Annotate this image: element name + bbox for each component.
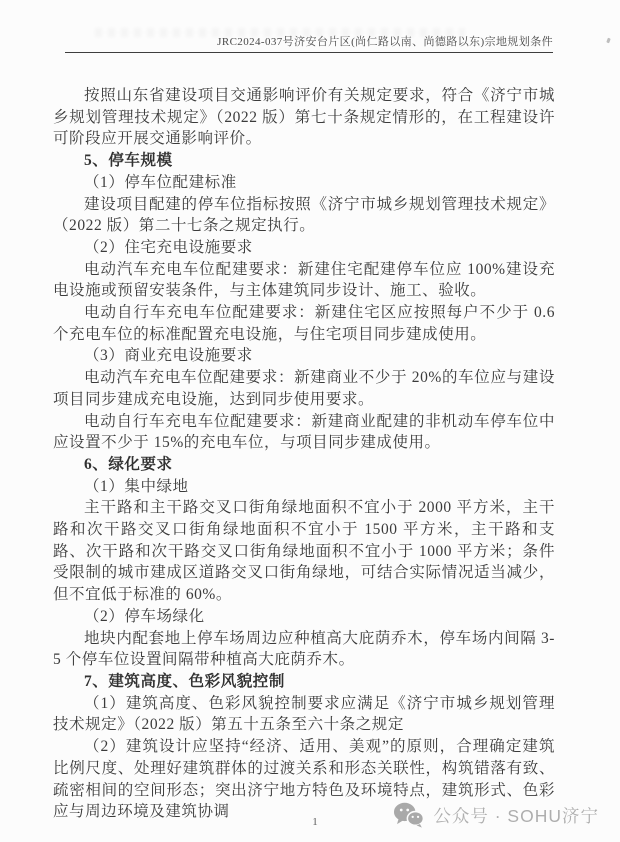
- sub-item: （1）集中绿地: [53, 476, 555, 498]
- watermark-text: 公众号 · SOHU济宁: [433, 803, 599, 828]
- paragraph: 电动自行车充电车位配建要求：新建商业配建的非机动车停车位中应设置不少于 15%的…: [53, 411, 555, 454]
- paragraph: 按照山东省建设项目交通影响评价有关规定要求，符合《济宁市城乡规划管理技术规定》（…: [53, 85, 555, 150]
- document-body: 按照山东省建设项目交通影响评价有关规定要求，符合《济宁市城乡规划管理技术规定》（…: [53, 85, 555, 823]
- section-heading-building-height: 7、建筑高度、色彩风貌控制: [53, 671, 555, 693]
- header-title: JRC2024-037号济安台片区(尚仁路以南、尚德路以东)宗地规划条件: [217, 33, 553, 49]
- paragraph: 电动汽车充电车位配建要求：新建商业不少于 20%的车位应与建设项目同步建成充电设…: [53, 367, 555, 410]
- sub-item: （3）商业充电设施要求: [53, 345, 555, 367]
- paragraph: 电动汽车充电车位配建要求：新建住宅配建停车位应 100%建设充电设施或预留安装条…: [53, 259, 555, 302]
- scan-speck: [606, 38, 611, 44]
- paragraph: 主干路和主干路交叉口街角绿地面积不宜小于 2000 平方米，主干路和次干路交叉口…: [53, 497, 555, 606]
- sub-item: （2）住宅充电设施要求: [53, 237, 555, 259]
- section-heading-greening: 6、绿化要求: [53, 454, 555, 476]
- sub-item: （2）停车场绿化: [53, 606, 555, 628]
- paragraph: 建设项目配建的停车位指标按照《济宁市城乡规划管理技术规定》（2022 版）第二十…: [53, 194, 555, 237]
- section-heading-parking: 5、停车规模: [53, 150, 555, 172]
- wechat-icon: [393, 802, 424, 828]
- page-number: 1: [308, 816, 322, 828]
- document-page: JRC2024-037号济安台片区(尚仁路以南、尚德路以东)宗地规划条件 按照山…: [0, 0, 620, 842]
- paragraph: （1）建筑高度、色彩风貌控制要求应满足《济宁市城乡规划管理技术规定》（2022 …: [53, 693, 555, 736]
- header-divider: [65, 52, 553, 53]
- paragraph: 电动自行车充电车位配建要求：新建住宅区应按照每户不少于 0.6 个充电车位的标准…: [53, 302, 555, 345]
- sub-item: （1）停车位配建标准: [53, 172, 555, 194]
- watermark: 公众号 · SOHU济宁: [393, 802, 599, 828]
- paragraph: 地块内配套地上停车场周边应种植高大庇荫乔木，停车场内间隔 3-5 个停车位设置间…: [53, 628, 555, 671]
